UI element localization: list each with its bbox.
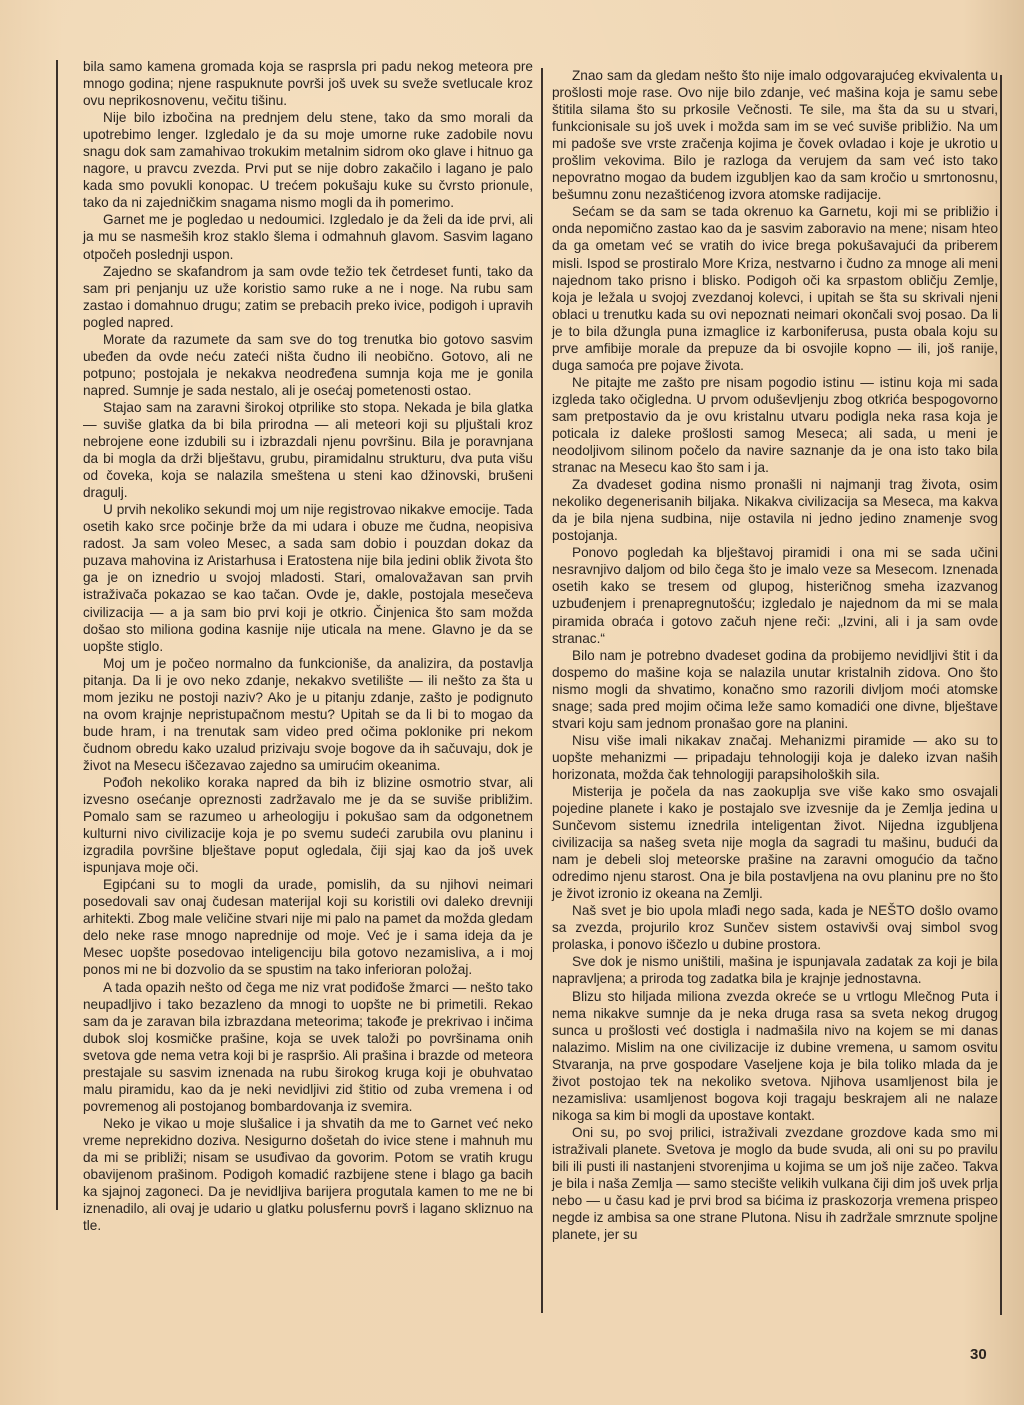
right-margin-rule <box>1000 75 1002 1315</box>
left-margin-rule <box>56 60 58 1210</box>
paragraph: Ne pitajte me zašto pre nisam pogodio is… <box>552 374 998 476</box>
paragraph: Zajedno se skafandrom ja sam ovde težio … <box>83 263 533 331</box>
paragraph: Garnet me je pogledao u nedoumici. Izgle… <box>83 211 533 262</box>
paragraph: Nije bilo izbočina na prednjem delu sten… <box>83 109 533 211</box>
paragraph: Egipćani su to mogli da urade, pomislih,… <box>83 876 533 978</box>
paragraph: Ponovo pogledah ka blještavoj piramidi i… <box>552 544 998 646</box>
left-text-column: bila samo kamena gromada koja se rasprsl… <box>83 58 533 1234</box>
paragraph: Sećam se da sam se tada okrenuo ka Garne… <box>552 203 998 373</box>
paragraph: Misterija je počela da nas zaokuplja sve… <box>552 783 998 902</box>
paragraph: Neko je vikao u moje slušalice i ja shva… <box>83 1115 533 1234</box>
paragraph: Bilo nam je potrebno dvadeset godina da … <box>552 647 998 732</box>
column-divider-rule <box>541 68 543 1313</box>
paragraph: Stajao sam na zaravni širokoj otprilike … <box>83 399 533 501</box>
paragraph: Pođoh nekoliko koraka napred da bih iz b… <box>83 774 533 876</box>
paragraph: Znao sam da gledam nešto što nije imalo … <box>552 67 998 203</box>
paragraph: A tada opazih nešto od čega me niz vrat … <box>83 979 533 1115</box>
paragraph: Nisu više imali nikakav značaj. Mehanizm… <box>552 732 998 783</box>
page-number: 30 <box>970 1346 987 1363</box>
paragraph: Oni su, po svoj prilici, istraživali zve… <box>552 1124 998 1243</box>
paragraph: Moj um je počeo normalno da funkcioniše,… <box>83 655 533 774</box>
right-text-column: Znao sam da gledam nešto što nije imalo … <box>552 67 998 1243</box>
paragraph: Za dvadeset godina nismo pronašli ni naj… <box>552 476 998 544</box>
paragraph: bila samo kamena gromada koja se rasprsl… <box>83 58 533 109</box>
paragraph: U prvih nekoliko sekundi moj um nije reg… <box>83 501 533 654</box>
paragraph: Sve dok je nismo uništili, mašina je isp… <box>552 953 998 987</box>
paragraph: Morate da razumete da sam sve do tog tre… <box>83 331 533 399</box>
paragraph: Naš svet je bio upola mlađi nego sada, k… <box>552 902 998 953</box>
paragraph: Blizu sto hiljada miliona zvezda okreće … <box>552 988 998 1124</box>
